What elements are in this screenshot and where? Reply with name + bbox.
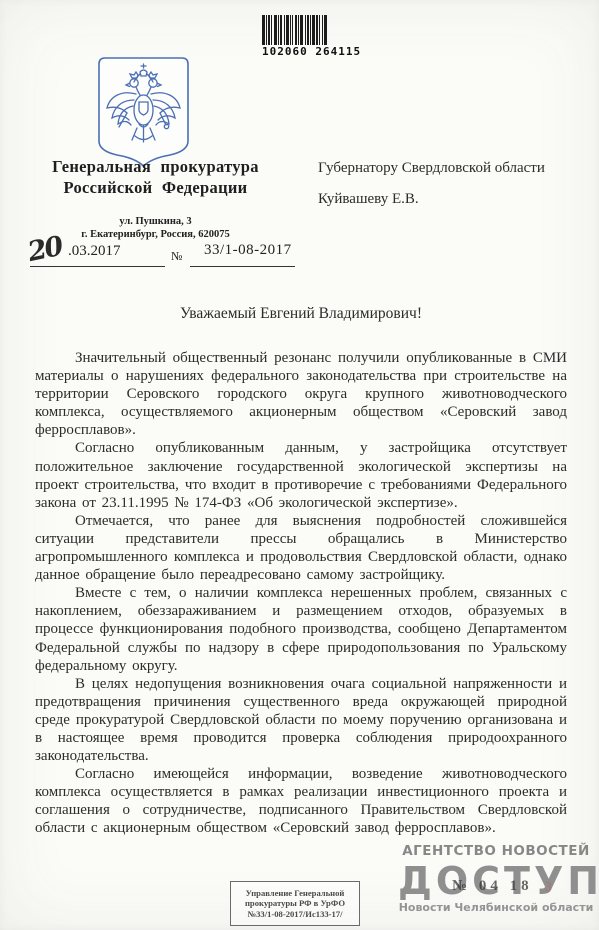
barcode-digits: 102060 264115 <box>262 45 356 58</box>
org-address-line1: ул. Пушкина, 3 <box>18 215 293 228</box>
barcode: 102060 264115 <box>262 15 356 63</box>
watermark-agency-text: АГЕНТСТВО НОВОСТЕЙ <box>398 843 594 859</box>
addressee-title: Губернатору Свердловской области <box>318 160 545 176</box>
number-sign: № <box>171 249 182 264</box>
body-paragraph: Вместе с тем, о наличии комплекса нереше… <box>35 584 567 674</box>
letterhead: Генеральная прокуратура Российской Федер… <box>18 156 293 241</box>
org-name-line1: Генеральная прокуратура <box>18 156 293 177</box>
org-name-line2: Российской Федерации <box>18 177 293 198</box>
body-paragraph: Согласно опубликованным данным, у застро… <box>35 439 567 511</box>
number-underline <box>190 266 295 267</box>
body-paragraph: В целях недопущения возникновения очага … <box>35 675 567 765</box>
addressee-name: Куйвашеву Е.В. <box>318 191 545 207</box>
handwritten-day: 20 <box>25 231 64 268</box>
stamp-line1: Управление Генеральной <box>231 888 359 899</box>
body-paragraph: Отмечается, что ранее для выяснения подр… <box>35 512 567 584</box>
department-stamp-box: Управление Генеральной прокуратуры РФ в … <box>230 881 360 926</box>
document-number: 33/1-08-2017 <box>204 242 292 259</box>
date-underline <box>30 266 165 267</box>
registration-stamp: № 04 18 <box>452 878 533 895</box>
salutation: Уважаемый Евгений Владимирович! <box>35 305 567 323</box>
body-paragraph: Согласно имеющейся информации, возведени… <box>35 765 567 837</box>
stamp-line2: прокуратуры РФ в УрФО <box>231 898 359 909</box>
date-number-row: 20 .03.2017 № 33/1-08-2017 <box>22 240 297 270</box>
coat-of-arms-icon <box>96 56 191 170</box>
stamp-line3: №33/1-08-2017/Ис133-17/ <box>231 909 359 920</box>
letter-body: Значительный общественный резонанс получ… <box>35 349 567 838</box>
printed-date: .03.2017 <box>68 243 121 260</box>
addressee-block: Губернатору Свердловской области Куйваше… <box>318 160 545 222</box>
body-paragraph: Значительный общественный резонанс получ… <box>35 349 567 439</box>
scanned-letter-page: 102060 264115 <box>0 0 599 930</box>
registration-stamp-red-digit: 3 <box>545 880 552 896</box>
watermark-region-text: Новости Челябинской области <box>398 901 594 914</box>
